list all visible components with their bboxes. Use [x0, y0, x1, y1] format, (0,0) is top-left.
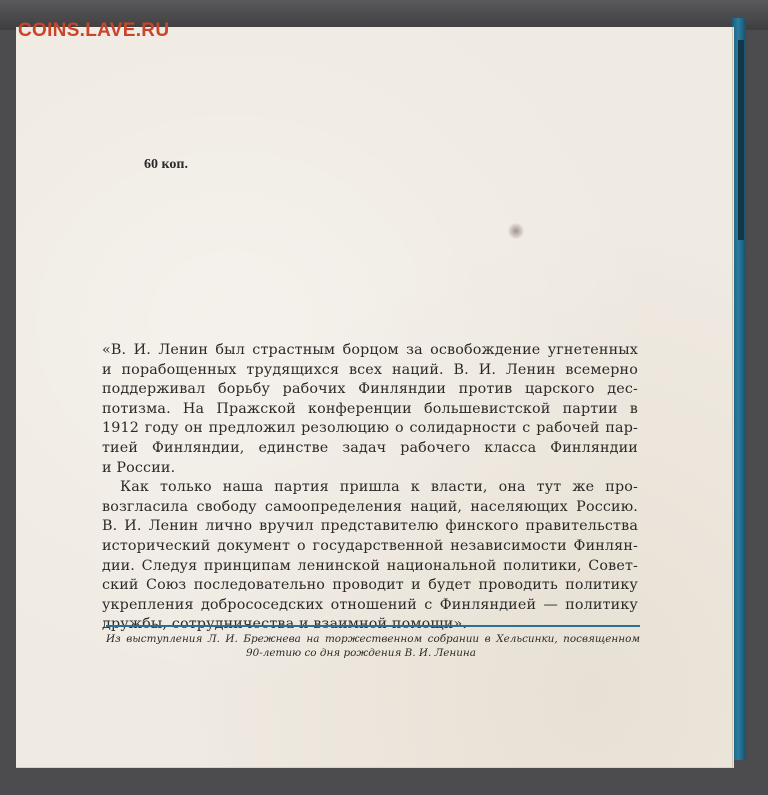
quote-line: В. И. Ленин лично вручил представителю ф…: [102, 517, 638, 537]
watermark: COINS.LAVE.RU: [18, 20, 169, 42]
source-line-2: 90-летию со дня рождения В. И. Ленина: [106, 646, 640, 660]
quote-line: дии. Следуя принципам ленинской национал…: [102, 557, 638, 577]
quote-line: укрепления добрососедских отношений с Фи…: [102, 596, 638, 616]
source-line-1: Из выступления Л. И. Брежнева на торжест…: [106, 632, 640, 646]
quote-line: тией Финляндии, единстве задач рабочего …: [102, 439, 638, 459]
quote-line: исторический документ о государственной …: [102, 537, 638, 557]
quote-line: ский Союз последовательно проводит и буд…: [102, 576, 638, 596]
quote-line: возгласила свободу самоопределения наций…: [102, 498, 638, 518]
quote-source: Из выступления Л. И. Брежнева на торжест…: [106, 632, 640, 660]
price-label: 60 коп.: [144, 157, 188, 173]
quote-block: «В. И. Ленин был страстным борцом за осв…: [102, 341, 638, 635]
quote-line: и России.: [102, 459, 638, 479]
quote-line: и порабощенных трудящихся всех наций. В.…: [102, 361, 638, 381]
quote-line: Как только наша партия пришла к власти, …: [102, 478, 638, 498]
paper-stain: [507, 223, 525, 239]
quote-line: 1912 году он предложил резолюцию о солид…: [102, 419, 638, 439]
quote-line: «В. И. Ленин был страстным борцом за осв…: [102, 341, 638, 361]
quote-line: потизма. На Пражской конференции большев…: [102, 400, 638, 420]
separator-rule: [106, 625, 640, 627]
quote-line: поддерживал борьбу рабочих Финляндии про…: [102, 380, 638, 400]
cover-hinge-line: [732, 27, 733, 767]
book-spine-shadow: [738, 40, 744, 240]
